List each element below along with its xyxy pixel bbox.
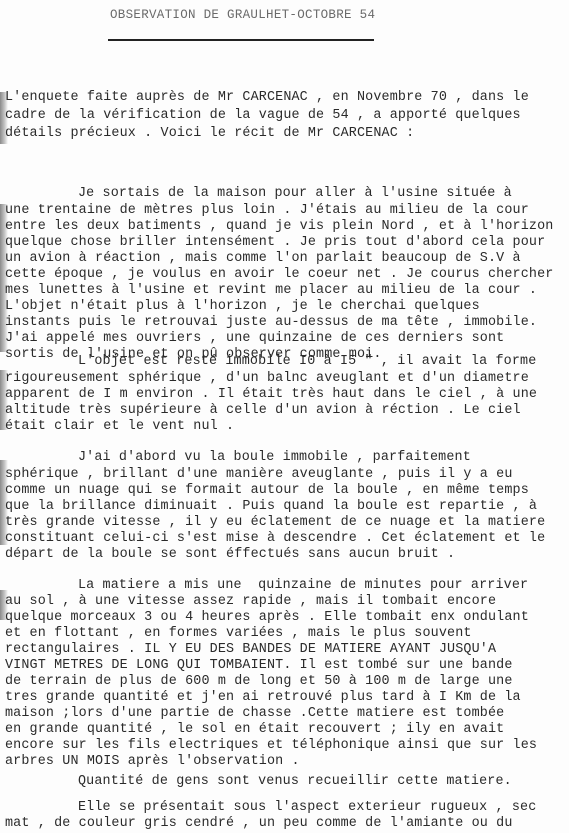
- paragraph-line: rectangulaires . IL Y EU DES BANDES DE M…: [5, 642, 496, 658]
- paragraph-line: L'enquete faite auprès de Mr CARCENAC , …: [5, 90, 529, 106]
- paragraph-line: Je sortais de la maison pour aller à l'u…: [78, 186, 512, 202]
- paragraph-line: arbres UN MOIS après l'observation .: [5, 754, 300, 770]
- paragraph-line: en grande quantité , le sol en était rec…: [5, 722, 504, 738]
- paragraph-line: VINGT METRES DE LONG QUI TOMBAIENT. Il e…: [5, 658, 513, 674]
- paragraph-line: rigoureusement sphérique , d'un balnc av…: [5, 371, 529, 387]
- paragraph-line: tres grande quantité et j'en ai retrouvé…: [5, 690, 521, 706]
- paragraph-line: La matiere a mis une quinzaine de minute…: [78, 578, 528, 594]
- paragraph-line: et en flottant , en formes variées , mai…: [5, 626, 472, 642]
- paragraph-line: encore sur les fils electriques et télép…: [5, 738, 537, 754]
- paragraph-line: au sol , à une vitesse assez rapide , ma…: [5, 594, 496, 610]
- paragraph-line: apparent de I m environ . Il était très …: [5, 387, 537, 403]
- paragraph-line: comme un nuage qui se formait autour de …: [5, 483, 529, 499]
- paragraph-line: altitude très supérieure à celle d'un av…: [5, 403, 521, 419]
- paragraph-line: mat , de couleur gris cendré , un peu co…: [5, 816, 513, 832]
- paragraph-line: un avion à réaction , mais comme l'on pa…: [5, 251, 521, 267]
- paragraph-line: une trentaine de mètres plus loin . J'ét…: [5, 203, 529, 219]
- paragraph-line: L'objet n'était plus à l'horizon , je le…: [5, 299, 480, 315]
- paragraph-line: était clair et le vent nul .: [5, 419, 234, 435]
- paragraph-line: J'ai d'abord vu la boule immobile , parf…: [78, 450, 471, 466]
- paragraph-line: quelque morceaux 3 ou 4 heures après . E…: [5, 610, 529, 626]
- paragraph-line: cette époque , je voulus en avoir le coe…: [5, 267, 553, 283]
- document-page: OBSERVATION DE GRAULHET-OCTOBRE 54 L'enq…: [0, 0, 569, 833]
- paragraph-line: Elle se présentait sous l'aspect exterie…: [78, 800, 536, 816]
- paragraph-line: L'objet est resté immobile I0 à I5 " , i…: [78, 354, 536, 370]
- paragraph-line: constituant celui-ci s'est mise à descen…: [5, 531, 545, 547]
- title-underline: [108, 39, 374, 41]
- paragraph-line: mes lunettes à l'usine et revint me plac…: [5, 283, 537, 299]
- paragraph-line: J'ai appelé mes ouvriers , une quinzaine…: [5, 331, 504, 347]
- paragraph-line: quelque chose briller intensément . Je p…: [5, 235, 545, 251]
- paragraph-line: détails précieux . Voici le récit de Mr …: [5, 126, 414, 142]
- paragraph-line: sphérique , brillant d'une manière aveug…: [5, 467, 513, 483]
- paragraph-line: cadre de la vérification de la vague de …: [5, 108, 521, 124]
- paragraph-line: que la brillance diminuait . Puis quand …: [5, 499, 537, 515]
- paragraph-line: Quantité de gens sont venus recueillir c…: [78, 774, 512, 790]
- paragraph-line: de terrain de plus de 600 m de long et 5…: [5, 674, 513, 690]
- paragraph-line: entre les deux batiments , quand je vis …: [5, 219, 553, 235]
- paragraph-line: instants puis le retrouvai juste au-dess…: [5, 315, 537, 331]
- paragraph-line: très grande vitesse , il y eu éclatement…: [5, 515, 545, 531]
- paragraph-line: départ de la boule se sont éffectués san…: [5, 547, 455, 563]
- document-title: OBSERVATION DE GRAULHET-OCTOBRE 54: [110, 8, 375, 22]
- paragraph-line: maison ;lors d'une partie de chasse .Cet…: [5, 706, 504, 722]
